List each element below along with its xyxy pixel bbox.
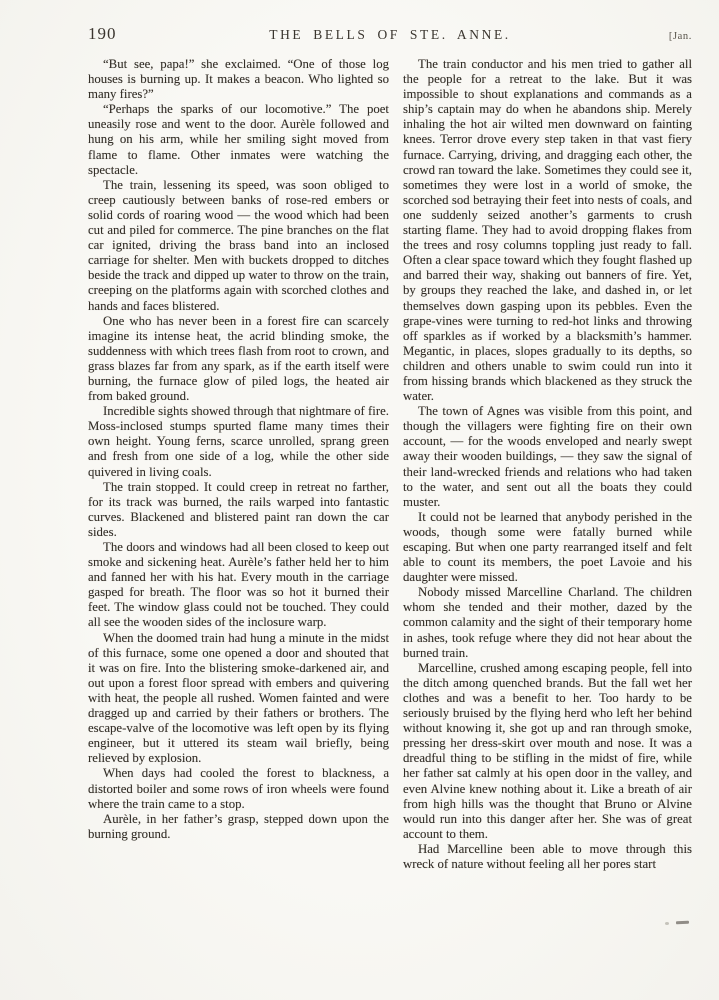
column-right: The train conductor and his men tried to… xyxy=(403,57,692,872)
paragraph: It could not be learned that anybody per… xyxy=(403,510,692,585)
text-columns: “But see, papa!” she exclaimed. “One of … xyxy=(88,57,692,872)
scan-smudge-dot xyxy=(665,922,669,925)
paragraph: When days had cooled the forest to black… xyxy=(88,766,389,811)
paragraph: Incredible sights showed through that ni… xyxy=(88,404,389,479)
scan-smudge-dash xyxy=(676,921,689,925)
paragraph: The train, lessening its speed, was soon… xyxy=(88,178,389,314)
paragraph: When the doomed train had hung a minute … xyxy=(88,631,389,767)
paragraph: “But see, papa!” she exclaimed. “One of … xyxy=(88,57,389,102)
paragraph: The doors and windows had all been close… xyxy=(88,540,389,631)
paragraph: The train conductor and his men tried to… xyxy=(403,57,692,404)
column-left: “But see, papa!” she exclaimed. “One of … xyxy=(88,57,389,872)
paragraph: The town of Agnes was visible from this … xyxy=(403,404,692,510)
paragraph: One who has never been in a forest fire … xyxy=(88,314,389,405)
running-title: THE BELLS OF STE. ANNE. xyxy=(178,27,602,43)
paragraph: Aurèle, in her father’s grasp, stepped d… xyxy=(88,812,389,842)
running-head: 190 THE BELLS OF STE. ANNE. [Jan. xyxy=(88,24,692,44)
book-page: 190 THE BELLS OF STE. ANNE. [Jan. “But s… xyxy=(0,0,719,1000)
paragraph: “Perhaps the sparks of our locomotive.” … xyxy=(88,102,389,177)
issue-label: [Jan. xyxy=(602,31,692,42)
paragraph: Had Marcelline been able to move through… xyxy=(403,842,692,872)
paragraph: Marcelline, crushed among escaping peopl… xyxy=(403,661,692,842)
paragraph: The train stopped. It could creep in ret… xyxy=(88,480,389,540)
paragraph: Nobody missed Marcelline Charland. The c… xyxy=(403,585,692,660)
page-number: 190 xyxy=(88,24,178,44)
